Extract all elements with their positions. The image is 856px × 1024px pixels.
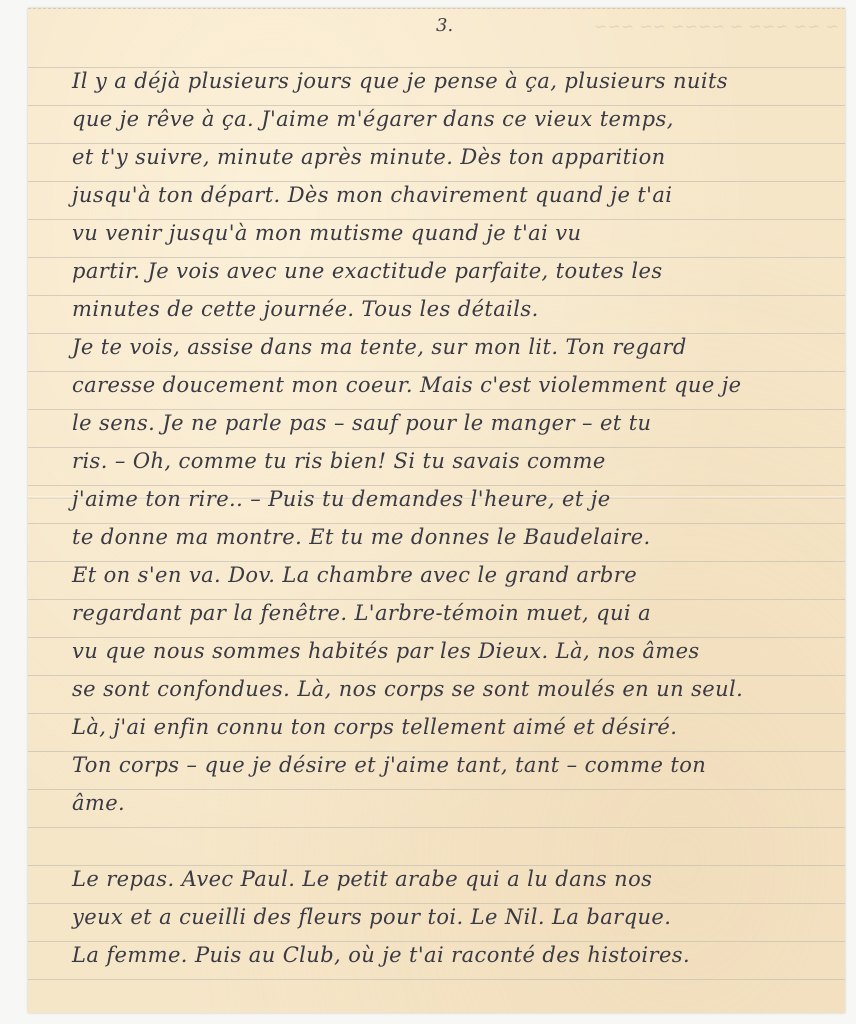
rule-line	[28, 979, 845, 980]
rule-line	[28, 105, 845, 106]
rule-line	[28, 67, 845, 68]
handwritten-line: j'aime ton rire.. – Puis tu demandes l'h…	[72, 487, 611, 511]
rule-line	[28, 409, 845, 410]
rule-line	[28, 485, 845, 486]
handwritten-line: âme.	[72, 791, 125, 815]
rule-line	[28, 523, 845, 524]
handwritten-line: vu venir jusqu'à mon mutisme quand je t'…	[72, 221, 581, 245]
rule-line	[28, 257, 845, 258]
rule-line	[28, 713, 845, 714]
rule-line	[28, 561, 845, 562]
rule-line	[28, 219, 845, 220]
rule-line	[28, 637, 845, 638]
rule-line	[28, 789, 845, 790]
handwritten-line: vu que nous sommes habités par les Dieux…	[72, 639, 700, 663]
handwritten-line: que je rêve à ça. J'aime m'égarer dans c…	[72, 107, 674, 131]
rule-line	[28, 143, 845, 144]
bleed-through-text: ~ ~~ ~~~ ~ ~~~~ ~~ ~~~	[589, 17, 839, 36]
rule-line	[28, 599, 845, 600]
handwritten-line: te donne ma montre. Et tu me donnes le B…	[72, 525, 651, 549]
rule-line	[28, 181, 845, 182]
handwritten-line: Et on s'en va. Dov. La chambre avec le g…	[72, 563, 637, 587]
handwritten-line: Là, j'ai enfin connu ton corps tellement…	[72, 715, 677, 739]
handwritten-line: Je te vois, assise dans ma tente, sur mo…	[72, 335, 687, 359]
handwritten-line: Il y a déjà plusieurs jours que je pense…	[72, 69, 728, 93]
rule-line	[28, 447, 845, 448]
handwritten-line: yeux et a cueilli des fleurs pour toi. L…	[72, 905, 671, 929]
handwritten-line: Ton corps – que je désire et j'aime tant…	[72, 753, 706, 777]
rule-line	[28, 295, 845, 296]
handwritten-line: caresse doucement mon coeur. Mais c'est …	[72, 373, 742, 397]
rule-line	[28, 675, 845, 676]
handwritten-line: se sont confondues. Là, nos corps se son…	[72, 677, 743, 701]
handwritten-line: minutes de cette journée. Tous les détai…	[72, 297, 539, 321]
handwritten-line: et t'y suivre, minute après minute. Dès …	[72, 145, 666, 169]
handwritten-line: Le repas. Avec Paul. Le petit arabe qui …	[72, 867, 652, 891]
handwritten-line: ris. – Oh, comme tu ris bien! Si tu sava…	[72, 449, 606, 473]
rule-line	[28, 371, 845, 372]
handwritten-line: La femme. Puis au Club, où je t'ai racon…	[72, 943, 690, 967]
rule-line	[28, 333, 845, 334]
letter-page: ~ ~~ ~~~ ~ ~~~~ ~~ ~~~ 3. Il y a déjà pl…	[28, 8, 845, 1013]
rule-line	[28, 751, 845, 752]
rule-line	[28, 827, 845, 828]
handwritten-line: le sens. Je ne parle pas – sauf pour le …	[72, 411, 651, 435]
page-number: 3.	[436, 15, 453, 36]
handwritten-line: partir. Je vois avec une exactitude parf…	[72, 259, 663, 283]
rule-line	[28, 865, 845, 866]
rule-line	[28, 903, 845, 904]
handwritten-line: regardant par la fenêtre. L'arbre-témoin…	[72, 601, 651, 625]
rule-line	[28, 941, 845, 942]
handwritten-line: jusqu'à ton départ. Dès mon chavirement …	[72, 183, 672, 207]
